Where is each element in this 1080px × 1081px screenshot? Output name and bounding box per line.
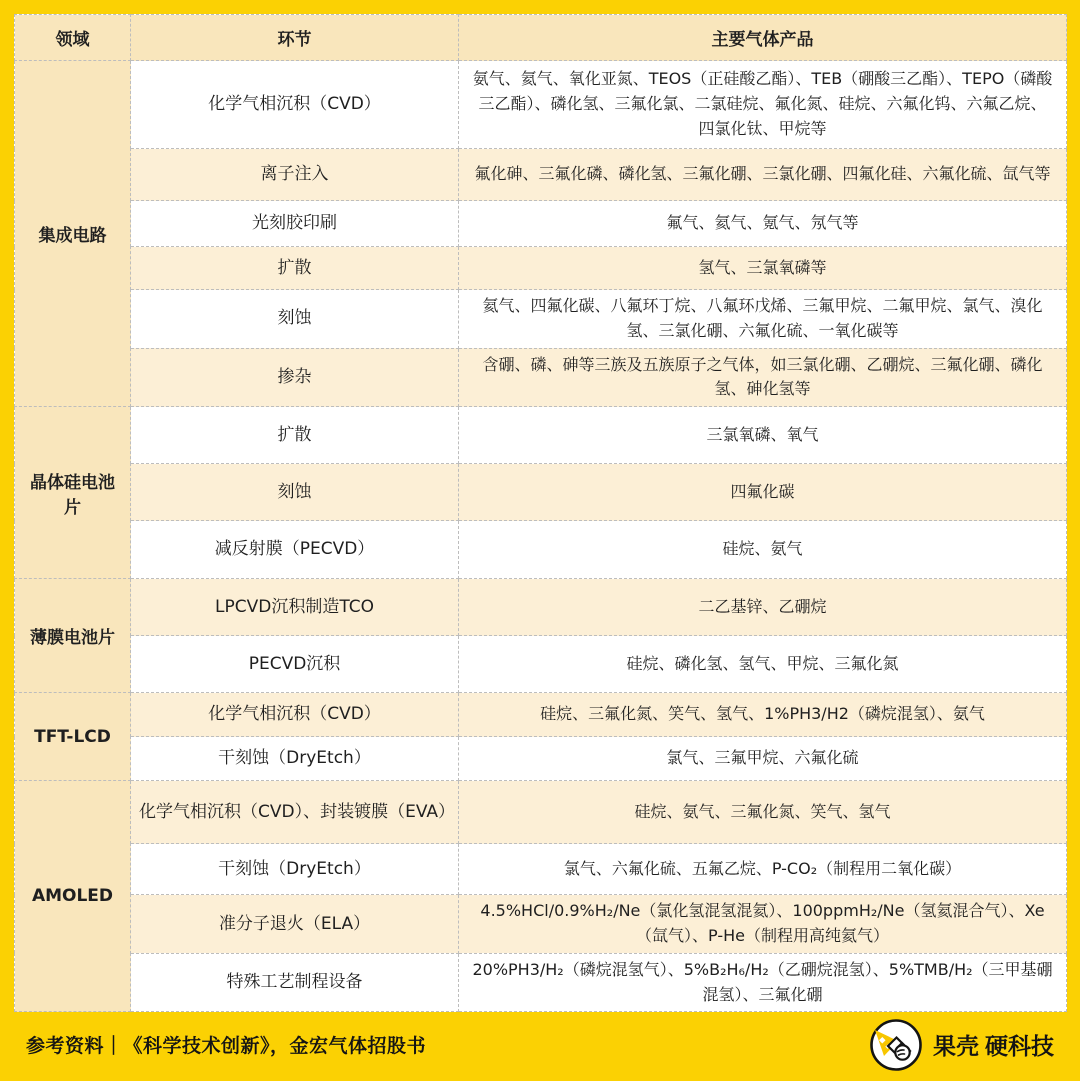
brand-name: 果壳 — [933, 1034, 979, 1060]
gases-cell: 硅烷、三氟化氮、笑气、氢气、1%PH3/H2（磷烷混氢）、氨气 — [459, 693, 1067, 737]
table-row: 晶体硅电池片 扩散 三氯氧磷、氧气 — [15, 407, 1067, 464]
source-reference: 参考资料｜《科学技术创新》，金宏气体招股书 — [26, 1031, 426, 1058]
table-row: 离子注入 氟化砷、三氟化磷、磷化氢、三氟化硼、三氯化硼、四氟化硅、六氟化硫、氙气… — [15, 149, 1067, 201]
table-row: 减反射膜（PECVD） 硅烷、氨气 — [15, 521, 1067, 579]
step-cell: 化学气相沉积（CVD） — [131, 61, 459, 149]
step-cell: 减反射膜（PECVD） — [131, 521, 459, 579]
table-row: 刻蚀 氦气、四氟化碳、八氟环丁烷、八氟环戊烯、三氟甲烷、二氟甲烷、氯气、溴化氢、… — [15, 290, 1067, 349]
step-cell: 掺杂 — [131, 348, 459, 407]
brand-text: 果壳硬科技 — [933, 1028, 1054, 1061]
table-row: 掺杂 含硼、磷、砷等三族及五族原子之气体，如三氯化硼、乙硼烷、三氟化硼、磷化氢、… — [15, 348, 1067, 407]
table-row: 干刻蚀（DryEtch） 氯气、六氟化硫、五氟乙烷、P-CO₂（制程用二氧化碳） — [15, 844, 1067, 895]
header-step: 环节 — [131, 15, 459, 61]
step-cell: 离子注入 — [131, 149, 459, 201]
footer-bar: 参考资料｜《科学技术创新》，金宏气体招股书 果壳硬科技 — [0, 1008, 1080, 1081]
gases-cell: 四氟化碳 — [459, 464, 1067, 521]
header-gases: 主要气体产品 — [459, 15, 1067, 61]
gases-cell: 硅烷、氨气、三氟化氮、笑气、氢气 — [459, 781, 1067, 844]
gases-cell: 4.5%HCl/0.9%H₂/Ne（氯化氢混氢混氦）、100ppmH₂/Ne（氢… — [459, 895, 1067, 954]
step-cell: 干刻蚀（DryEtch） — [131, 737, 459, 781]
gases-cell: 氢气、三氯氧磷等 — [459, 247, 1067, 290]
gas-products-table-wrap: 领域 环节 主要气体产品 集成电路 化学气相沉积（CVD） 氨气、氦气、氧化亚氮… — [14, 14, 1066, 1008]
gases-cell: 氟气、氦气、氪气、氖气等 — [459, 201, 1067, 247]
gases-cell: 氟化砷、三氟化磷、磷化氢、三氟化硼、三氯化硼、四氟化硅、六氟化硫、氙气等 — [459, 149, 1067, 201]
domain-cell-amoled: AMOLED — [15, 781, 131, 1012]
brand-block: 果壳硬科技 — [869, 1018, 1054, 1072]
step-cell: 光刻胶印刷 — [131, 201, 459, 247]
step-cell: 化学气相沉积（CVD）、封装镀膜（EVA） — [131, 781, 459, 844]
step-cell: 刻蚀 — [131, 290, 459, 349]
step-cell: 化学气相沉积（CVD） — [131, 693, 459, 737]
infographic-canvas: 领域 环节 主要气体产品 集成电路 化学气相沉积（CVD） 氨气、氦气、氧化亚氮… — [0, 0, 1080, 1081]
header-domain: 领域 — [15, 15, 131, 61]
gases-cell: 20%PH3/H₂（磷烷混氢气）、5%B₂H₆/H₂（乙硼烷混氢）、5%TMB/… — [459, 953, 1067, 1012]
gases-cell: 氯气、三氟甲烷、六氟化硫 — [459, 737, 1067, 781]
gases-cell: 硅烷、氨气 — [459, 521, 1067, 579]
step-cell: 扩散 — [131, 247, 459, 290]
step-cell: 刻蚀 — [131, 464, 459, 521]
table-row: 准分子退火（ELA） 4.5%HCl/0.9%H₂/Ne（氯化氢混氢混氦）、10… — [15, 895, 1067, 954]
domain-cell-csi: 晶体硅电池片 — [15, 407, 131, 579]
step-cell: 干刻蚀（DryEtch） — [131, 844, 459, 895]
gases-cell: 氯气、六氟化硫、五氟乙烷、P-CO₂（制程用二氧化碳） — [459, 844, 1067, 895]
table-row: 刻蚀 四氟化碳 — [15, 464, 1067, 521]
domain-cell-ic: 集成电路 — [15, 61, 131, 407]
table-row: TFT-LCD 化学气相沉积（CVD） 硅烷、三氟化氮、笑气、氢气、1%PH3/… — [15, 693, 1067, 737]
table-row: 扩散 氢气、三氯氧磷等 — [15, 247, 1067, 290]
gases-cell: 三氯氧磷、氧气 — [459, 407, 1067, 464]
gases-cell: 氦气、四氟化碳、八氟环丁烷、八氟环戊烯、三氟甲烷、二氟甲烷、氯气、溴化氢、三氯化… — [459, 290, 1067, 349]
gas-products-table: 领域 环节 主要气体产品 集成电路 化学气相沉积（CVD） 氨气、氦气、氧化亚氮… — [14, 14, 1067, 1012]
table-row: PECVD沉积 硅烷、磷化氢、氢气、甲烷、三氟化氮 — [15, 636, 1067, 693]
table-row: AMOLED 化学气相沉积（CVD）、封装镀膜（EVA） 硅烷、氨气、三氟化氮、… — [15, 781, 1067, 844]
table-row: 集成电路 化学气相沉积（CVD） 氨气、氦气、氧化亚氮、TEOS（正硅酸乙酯）、… — [15, 61, 1067, 149]
gases-cell: 氨气、氦气、氧化亚氮、TEOS（正硅酸乙酯）、TEB（硼酸三乙酯）、TEPO（磷… — [459, 61, 1067, 149]
step-cell: 准分子退火（ELA） — [131, 895, 459, 954]
flashlight-logo-icon — [869, 1018, 923, 1072]
step-cell: LPCVD沉积制造TCO — [131, 579, 459, 636]
table-row: 特殊工艺制程设备 20%PH3/H₂（磷烷混氢气）、5%B₂H₆/H₂（乙硼烷混… — [15, 953, 1067, 1012]
brand-suffix: 硬科技 — [985, 1034, 1054, 1060]
domain-cell-tftlcd: TFT-LCD — [15, 693, 131, 781]
table-body: 集成电路 化学气相沉积（CVD） 氨气、氦气、氧化亚氮、TEOS（正硅酸乙酯）、… — [15, 61, 1067, 1012]
step-cell: 特殊工艺制程设备 — [131, 953, 459, 1012]
table-row: 干刻蚀（DryEtch） 氯气、三氟甲烷、六氟化硫 — [15, 737, 1067, 781]
step-cell: 扩散 — [131, 407, 459, 464]
step-cell: PECVD沉积 — [131, 636, 459, 693]
domain-cell-thinfilm: 薄膜电池片 — [15, 579, 131, 693]
gases-cell: 硅烷、磷化氢、氢气、甲烷、三氟化氮 — [459, 636, 1067, 693]
table-header: 领域 环节 主要气体产品 — [15, 15, 1067, 61]
gases-cell: 二乙基锌、乙硼烷 — [459, 579, 1067, 636]
table-row: 薄膜电池片 LPCVD沉积制造TCO 二乙基锌、乙硼烷 — [15, 579, 1067, 636]
table-row: 光刻胶印刷 氟气、氦气、氪气、氖气等 — [15, 201, 1067, 247]
gases-cell: 含硼、磷、砷等三族及五族原子之气体，如三氯化硼、乙硼烷、三氟化硼、磷化氢、砷化氢… — [459, 348, 1067, 407]
